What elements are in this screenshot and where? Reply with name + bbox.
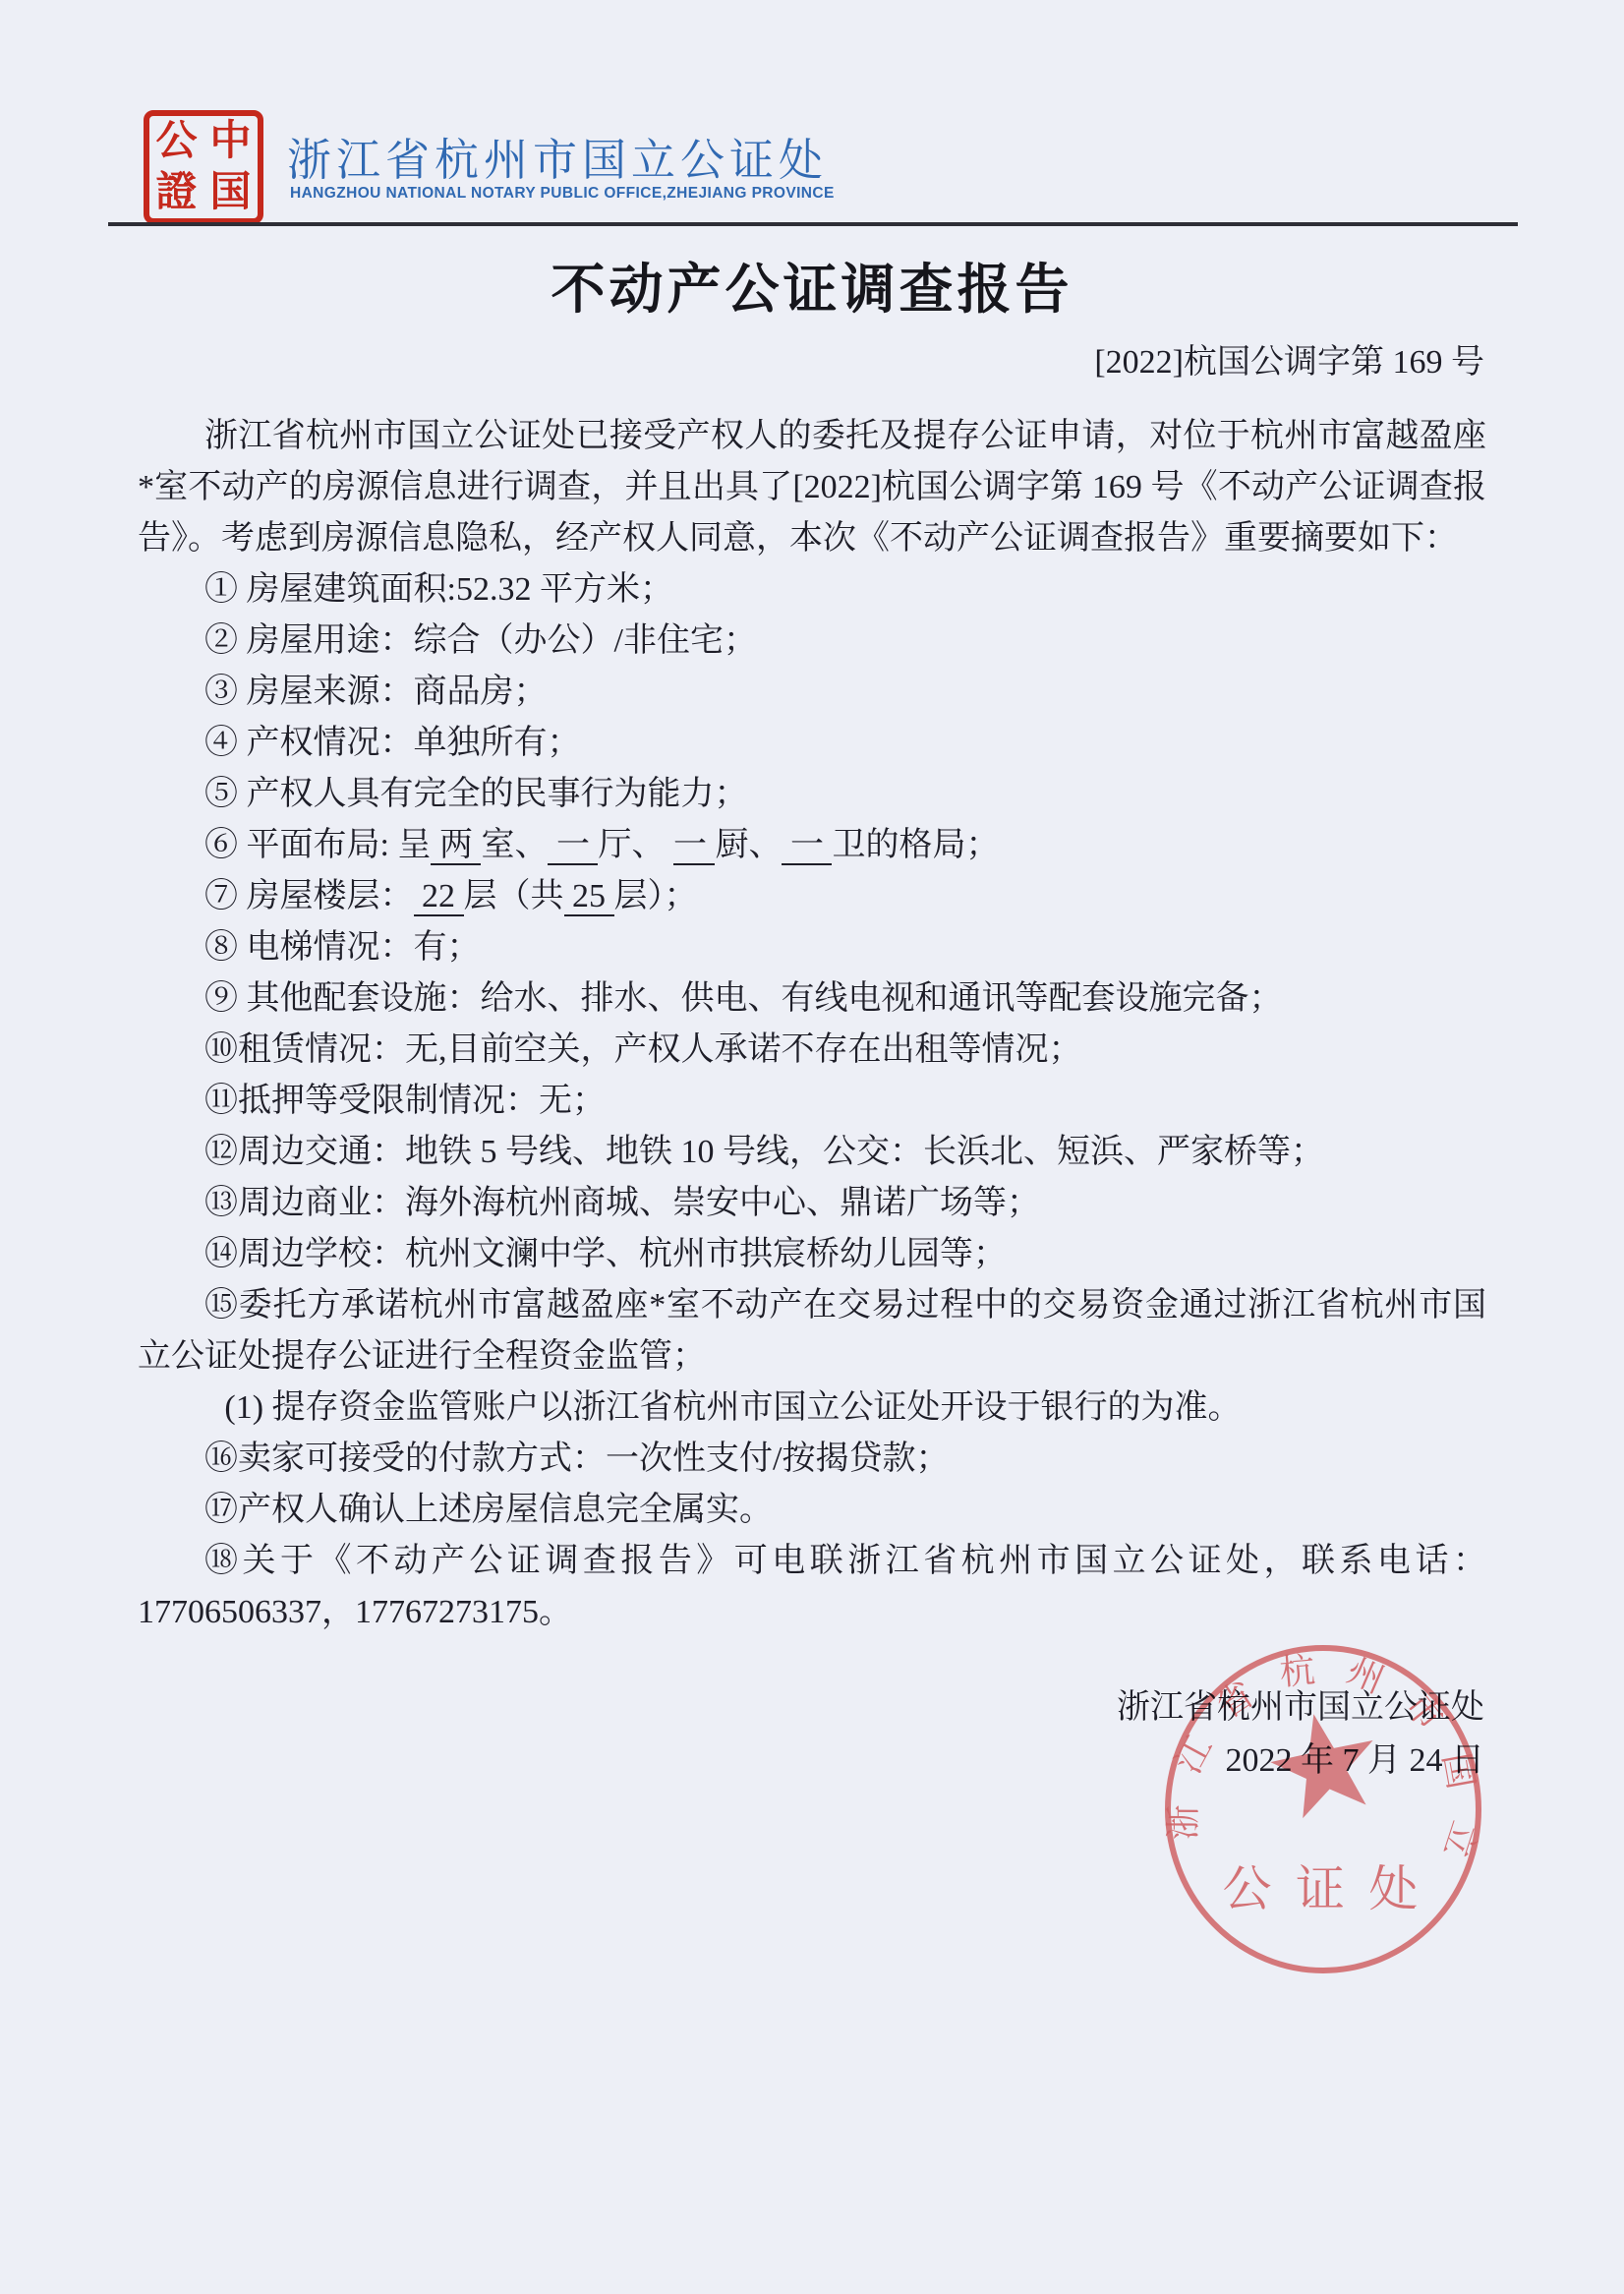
- report-item: ⑧ 电梯情况：有；: [138, 922, 1486, 973]
- logo-char: 公: [155, 121, 197, 162]
- item-text: 层（共: [464, 878, 564, 914]
- item-text: 室、: [481, 827, 548, 863]
- logo-char: 證: [155, 172, 197, 213]
- item-text: ⑩租赁情况：无,目前空关，产权人承诺不存在出租等情况；: [204, 1031, 1082, 1068]
- report-item: ⑥ 平面布局: 呈 两 室、 一 厅、 一 厨、 一 卫的格局；: [138, 820, 1486, 871]
- item-text: 卫的格局；: [832, 827, 999, 863]
- item-text: ⑭周边学校：杭州文澜中学、杭州市拱宸桥幼儿园等；: [204, 1236, 1007, 1272]
- item-text: ⑦ 房屋楼层：: [204, 878, 414, 914]
- underlined-blank: 一: [782, 827, 832, 865]
- report-item: ⑭周边学校：杭州文澜中学、杭州市拱宸桥幼儿园等；: [138, 1229, 1486, 1280]
- notary-square-seal-logo: 公 中 證 国: [144, 110, 263, 224]
- report-subitem: (1) 提存资金监管账户以浙江省杭州市国立公证处开设于银行的为准。: [138, 1382, 1486, 1434]
- round-notary-stamp: 浙江省杭州市国立 公 证 处: [1156, 1638, 1490, 1980]
- item-text: ⑨ 其他配套设施：给水、排水、供电、有线电视和通讯等配套设施完备；: [204, 980, 1283, 1017]
- letterhead-divider: [108, 222, 1518, 226]
- report-item: ① 房屋建筑面积:52.32 平方米；: [138, 564, 1486, 616]
- item-text: ⑧ 电梯情况：有；: [204, 929, 481, 966]
- item-text: ② 房屋用途：综合（办公）/非住宅；: [204, 622, 757, 659]
- item-text: 厨、: [715, 827, 782, 863]
- item-text: ⑮委托方承诺杭州市富越盈座*室不动产在交易过程中的交易资金通过浙江省杭州市国立公…: [138, 1287, 1486, 1375]
- item-text: ③ 房屋来源：商品房；: [204, 674, 548, 710]
- stamp-star-icon: [1262, 1703, 1385, 1822]
- item-text: ⑬周边商业：海外海杭州商城、崇安中心、鼎诺广场等；: [204, 1185, 1040, 1221]
- stamp-bottom-text: 公 证 处: [1223, 1861, 1424, 1916]
- report-item: ⑪抵押等受限制情况：无；: [138, 1076, 1486, 1127]
- document-number: [2022]杭国公调字第 169 号: [1094, 334, 1484, 382]
- item-text: 层）；: [614, 878, 698, 914]
- report-item: ⑨ 其他配套设施：给水、排水、供电、有线电视和通讯等配套设施完备；: [138, 973, 1486, 1025]
- report-item: ⑫周边交通：地铁 5 号线、地铁 10 号线，公交：长浜北、短浜、严家桥等；: [138, 1127, 1486, 1178]
- org-name-chinese: 浙江省杭州市国立公证处: [287, 124, 828, 188]
- item-text: ④ 产权情况：单独所有；: [204, 725, 581, 761]
- report-body: 浙江省杭州市国立公证处已接受产权人的委托及提存公证申请，对位于杭州市富越盈座*室…: [138, 411, 1486, 1638]
- item-text: ⑪抵押等受限制情况：无；: [204, 1083, 606, 1119]
- report-item: ⑰产权人确认上述房屋信息完全属实。: [138, 1485, 1486, 1536]
- report-item: ⑱关于《不动产公证调查报告》可电联浙江省杭州市国立公证处，联系电话：177065…: [138, 1536, 1486, 1638]
- logo-char: 中: [209, 121, 251, 162]
- item-text: ⑫周边交通：地铁 5 号线、地铁 10 号线，公交：长浜北、短浜、严家桥等；: [204, 1134, 1324, 1170]
- item-text: ⑤ 产权人具有完全的民事行为能力；: [204, 776, 748, 812]
- report-item: ⑩租赁情况：无,目前空关，产权人承诺不存在出租等情况；: [138, 1025, 1486, 1076]
- report-item: ⑬周边商业：海外海杭州商城、崇安中心、鼎诺广场等；: [138, 1178, 1486, 1229]
- report-item: ⑯卖家可接受的付款方式：一次性支付/按揭贷款；: [138, 1434, 1486, 1485]
- item-text: 厅、: [598, 827, 673, 863]
- item-text: ⑯卖家可接受的付款方式：一次性支付/按揭贷款；: [204, 1441, 949, 1477]
- report-items: ① 房屋建筑面积:52.32 平方米；② 房屋用途：综合（办公）/非住宅；③ 房…: [138, 564, 1486, 1638]
- report-item: ② 房屋用途：综合（办公）/非住宅；: [138, 616, 1486, 667]
- item-text: ⑱关于《不动产公证调查报告》可电联浙江省杭州市国立公证处，联系电话：177065…: [138, 1543, 1486, 1630]
- underlined-blank: 一: [673, 827, 716, 865]
- underlined-blank: 22: [414, 878, 464, 916]
- underlined-blank: 25: [564, 878, 614, 916]
- logo-char: 国: [209, 172, 251, 213]
- report-item: ④ 产权情况：单独所有；: [138, 718, 1486, 769]
- intro-paragraph: 浙江省杭州市国立公证处已接受产权人的委托及提存公证申请，对位于杭州市富越盈座*室…: [138, 411, 1486, 564]
- org-name-english: HANGZHOU NATIONAL NOTARY PUBLIC OFFICE,Z…: [290, 185, 835, 203]
- notary-report-page: 公 中 證 国 浙江省杭州市国立公证处 HANGZHOU NATIONAL NO…: [0, 0, 1624, 2294]
- underlined-blank: 两: [431, 827, 481, 865]
- underlined-blank: 一: [548, 827, 598, 865]
- report-item: ⑦ 房屋楼层： 22 层（共 25 层）；: [138, 871, 1486, 922]
- report-title: 不动产公证调查报告: [0, 246, 1624, 324]
- item-text: ⑰产权人确认上述房屋信息完全属实。: [204, 1492, 773, 1528]
- item-text: ⑥ 平面布局: 呈: [204, 827, 431, 863]
- item-text: (1) 提存资金监管账户以浙江省杭州市国立公证处开设于银行的为准。: [224, 1389, 1241, 1426]
- item-text: ① 房屋建筑面积:52.32 平方米；: [204, 571, 673, 608]
- report-item: ③ 房屋来源：商品房；: [138, 667, 1486, 718]
- report-item: ⑮委托方承诺杭州市富越盈座*室不动产在交易过程中的交易资金通过浙江省杭州市国立公…: [138, 1280, 1486, 1382]
- report-item: ⑤ 产权人具有完全的民事行为能力；: [138, 769, 1486, 820]
